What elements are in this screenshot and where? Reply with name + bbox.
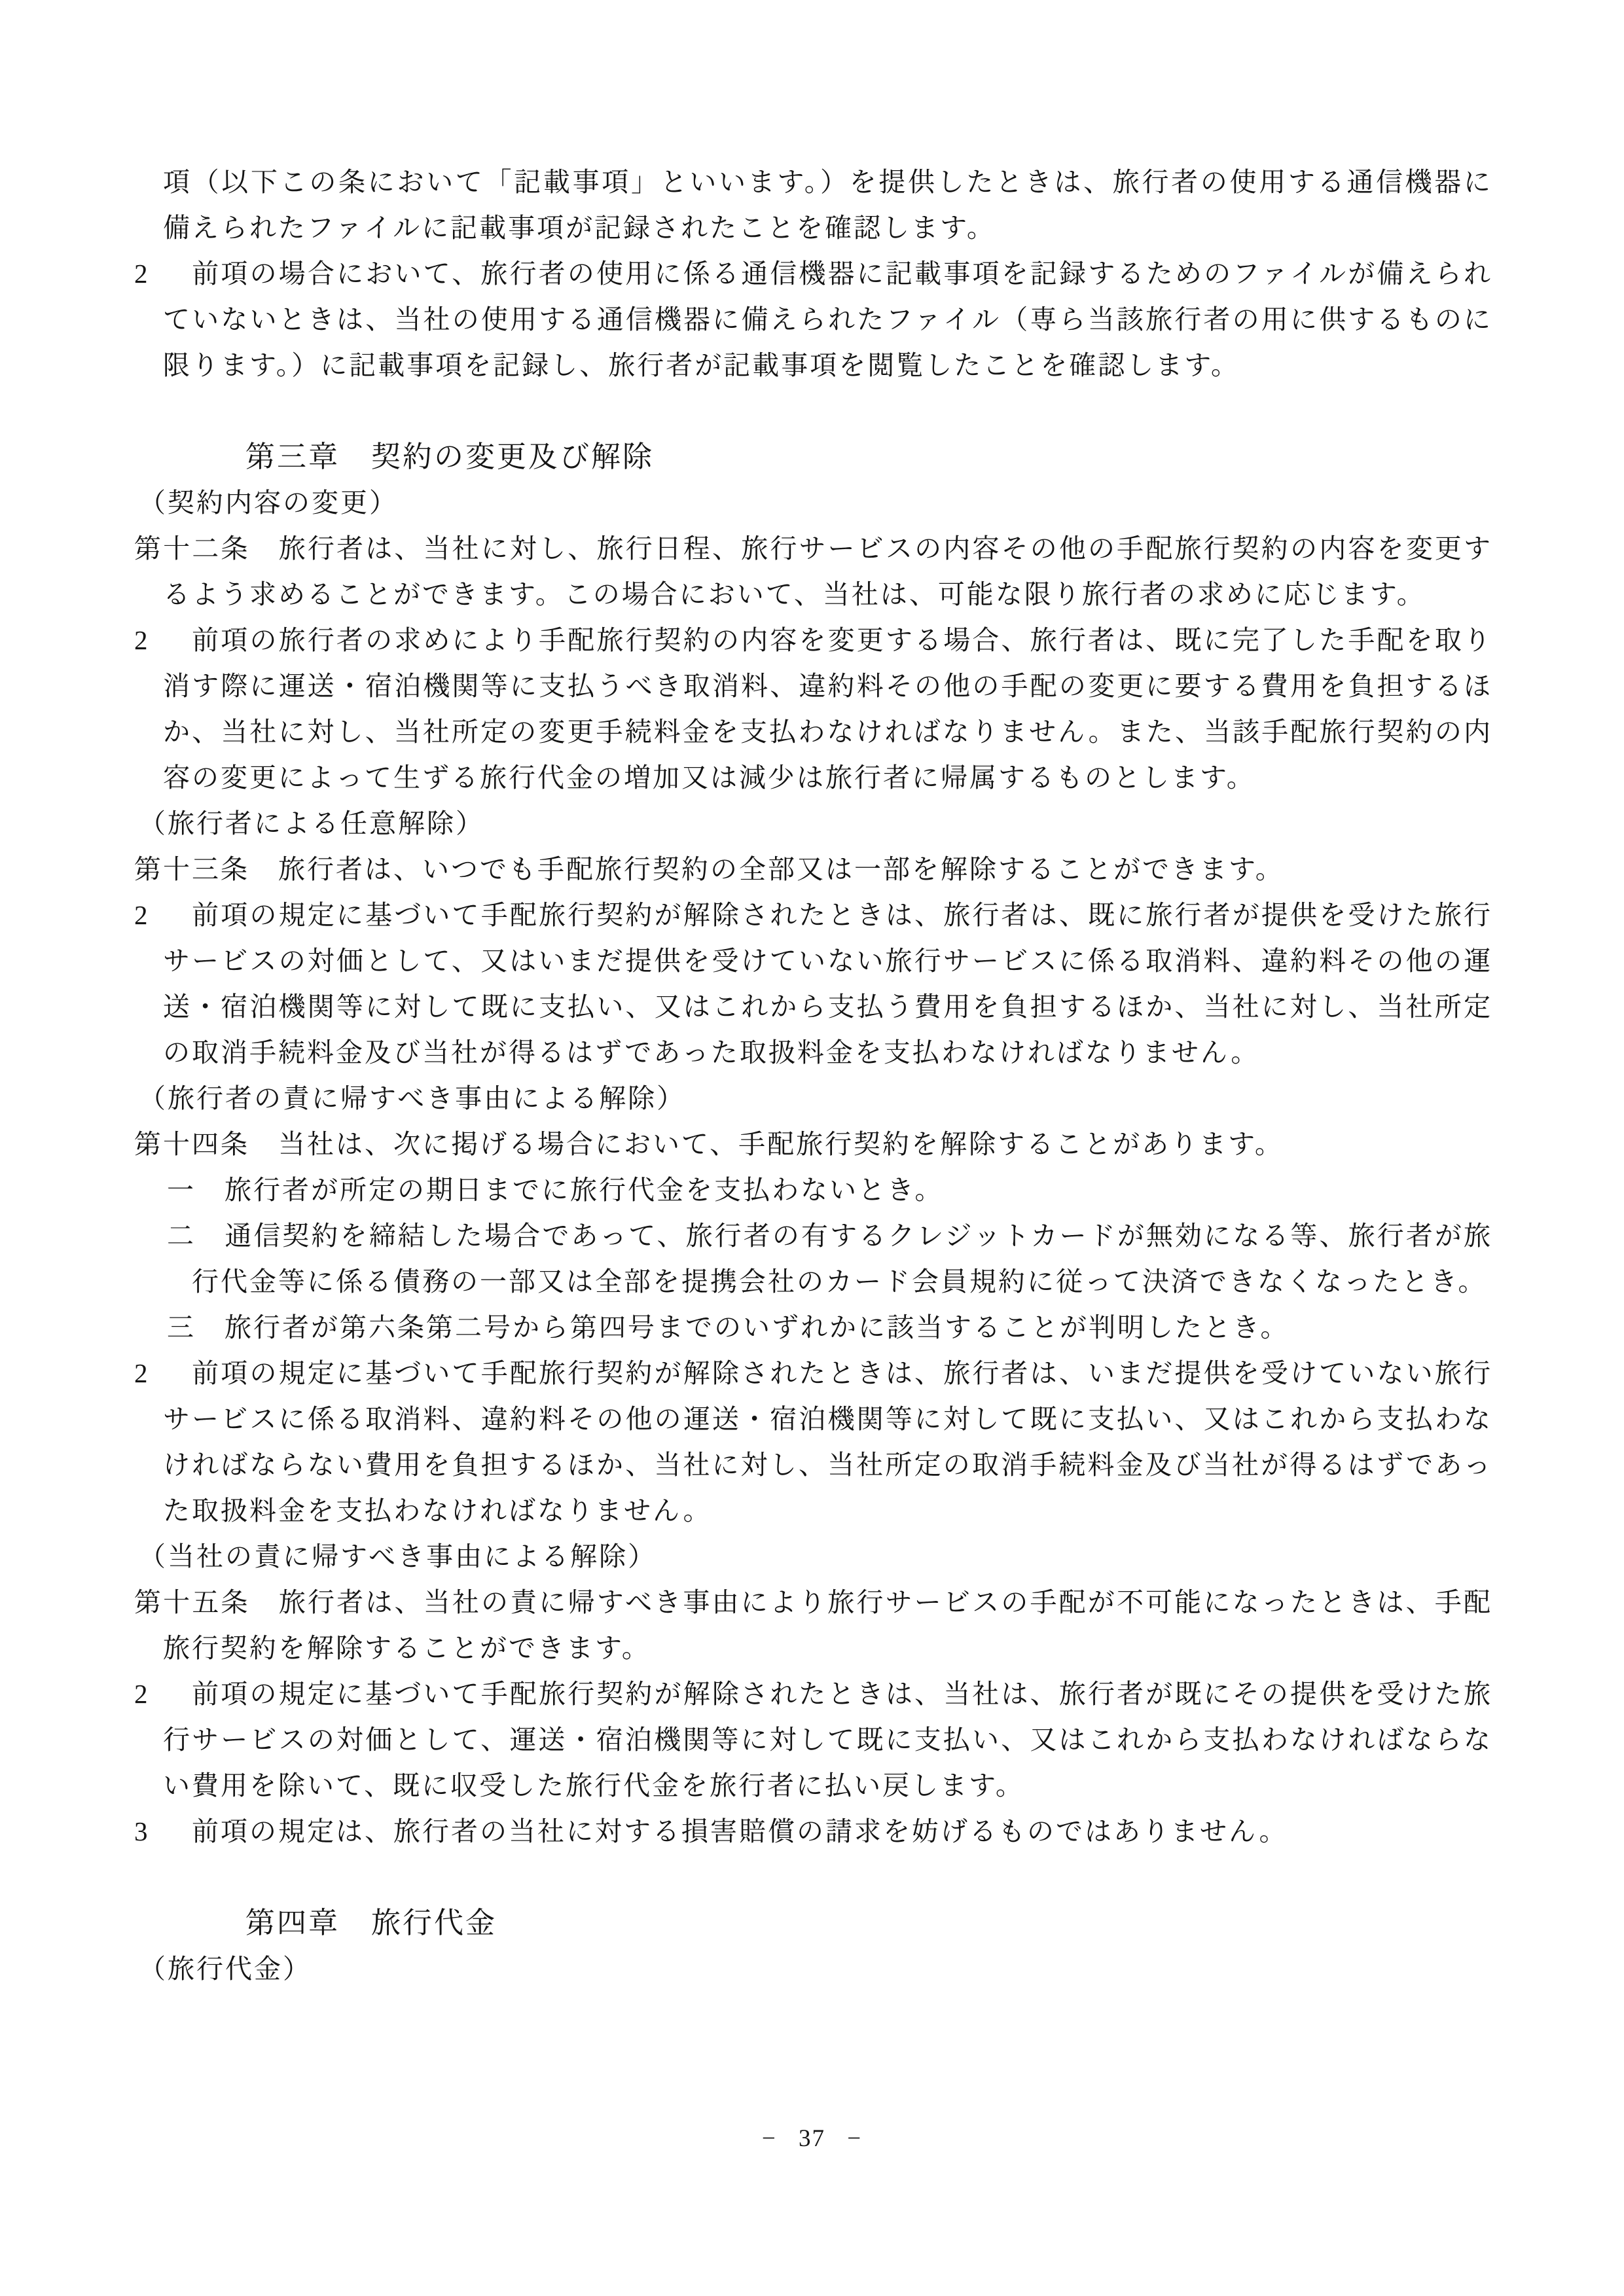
paragraph-marker: 2 [134,251,192,296]
paragraph-marker: 第十三条 [134,854,249,884]
chapter-heading: 第四章 旅行代金 [134,1900,1492,1946]
paragraph-text: 旅行者は、いつでも手配旅行契約の全部又は一部を解除することができます。 [278,854,1284,884]
list-item-paragraph: 三 旅行者が第六条第二号から第四号までのいずれかに該当することが判明したとき。 [134,1304,1492,1350]
paragraph-marker: 3 [134,1808,192,1854]
paragraph-marker: 一 [167,1175,196,1205]
paragraph-text: （旅行者の責に帰すべき事由による解除） [139,1083,685,1113]
paragraph-text: 前項の場合において、旅行者の使用に係る通信機器に記載事項を記録するためのファイル… [163,259,1492,380]
paragraph-text: 前項の規定に基づいて手配旅行契約が解除されたときは、当社は、旅行者が既にその提供… [163,1679,1492,1801]
paragraph-text: 契約の変更及び解除 [371,440,654,473]
paragraph-marker: 第十四条 [134,1129,249,1159]
continuation-paragraph: 項（以下この条において「記載事項」といいます。）を提供したときは、旅行者の使用す… [134,159,1492,251]
paragraph-marker: 2 [134,1350,192,1396]
paragraph-text: （旅行代金） [139,1954,312,1984]
article-paragraph: 第十五条 旅行者は、当社の責に帰すべき事由により旅行サービスの手配が不可能になっ… [134,1579,1492,1671]
article-paragraph: 第十二条 旅行者は、当社に対し、旅行日程、旅行サービスの内容その他の手配旅行契約… [134,526,1492,617]
paragraph-marker: 2 [134,1671,192,1717]
chapter-heading: 第三章 契約の変更及び解除 [134,434,1492,480]
paragraph-text: 前項の規定に基づいて手配旅行契約が解除されたときは、旅行者は、いまだ提供を受けて… [163,1358,1492,1526]
paragraph-text: 旅行者が所定の期日までに旅行代金を支払わないとき。 [225,1175,943,1205]
paragraph-text: 旅行者が第六条第二号から第四号までのいずれかに該当することが判明したとき。 [225,1312,1289,1342]
article-paragraph: 第十四条 当社は、次に掲げる場合において、手配旅行契約を解除することがあります。 [134,1121,1492,1167]
numbered-paragraph: 2前項の場合において、旅行者の使用に係る通信機器に記載事項を記録するためのファイ… [134,251,1492,388]
paragraph-text: （当社の責に帰すべき事由による解除） [139,1541,657,1571]
list-item-paragraph: 二 通信契約を締結した場合であって、旅行者の有するクレジットカードが無効になる等… [134,1213,1492,1304]
paragraph-marker: 第三章 [245,440,340,473]
numbered-paragraph: 3前項の規定は、旅行者の当社に対する損害賠償の請求を妨げるものではありません。 [134,1808,1492,1854]
article-label: （旅行者による任意解除） [134,800,1492,846]
list-item-paragraph: 一 旅行者が所定の期日までに旅行代金を支払わないとき。 [134,1167,1492,1213]
paragraph-text: 項（以下この条において「記載事項」といいます。）を提供したときは、旅行者の使用す… [163,167,1492,243]
paragraph-text: （契約内容の変更） [139,488,398,518]
paragraph-text: 当社は、次に掲げる場合において、手配旅行契約を解除することがあります。 [278,1129,1284,1159]
article-label: （当社の責に帰すべき事由による解除） [134,1534,1492,1579]
page-number: − 37 − [0,2125,1624,2153]
paragraph-text: 前項の規定に基づいて手配旅行契約が解除されたときは、旅行者は、既に旅行者が提供を… [163,900,1492,1067]
paragraph-marker: 三 [167,1312,196,1342]
article-label: （旅行代金） [134,1946,1492,1992]
numbered-paragraph: 2前項の旅行者の求めにより手配旅行契約の内容を変更する場合、旅行者は、既に完了し… [134,617,1492,800]
article-paragraph: 第十三条 旅行者は、いつでも手配旅行契約の全部又は一部を解除することができます。 [134,846,1492,892]
paragraph-marker: 2 [134,617,192,663]
numbered-paragraph: 2前項の規定に基づいて手配旅行契約が解除されたときは、旅行者は、いまだ提供を受け… [134,1350,1492,1534]
paragraph-text: 通信契約を締結した場合であって、旅行者の有するクレジットカードが無効になる等、旅… [192,1221,1492,1297]
numbered-paragraph: 2前項の規定に基づいて手配旅行契約が解除されたときは、当社は、旅行者が既にその提… [134,1671,1492,1808]
paragraph-text: 前項の規定は、旅行者の当社に対する損害賠償の請求を妨げるものではありません。 [192,1816,1288,1846]
paragraph-text: 旅行者は、当社の責に帰すべき事由により旅行サービスの手配が不可能になったときは、… [163,1587,1492,1663]
article-label: （契約内容の変更） [134,480,1492,526]
paragraph-text: （旅行者による任意解除） [139,808,484,838]
paragraph-marker: 2 [134,892,192,938]
document-page: 項（以下この条において「記載事項」といいます。）を提供したときは、旅行者の使用す… [0,0,1624,2296]
numbered-paragraph: 2前項の規定に基づいて手配旅行契約が解除されたときは、旅行者は、既に旅行者が提供… [134,892,1492,1075]
article-label: （旅行者の責に帰すべき事由による解除） [134,1075,1492,1121]
paragraph-marker: 第十五条 [134,1587,250,1617]
document-blocks: 項（以下この条において「記載事項」といいます。）を提供したときは、旅行者の使用す… [134,159,1492,1992]
paragraph-text: 旅行代金 [371,1907,497,1939]
paragraph-text: 前項の旅行者の求めにより手配旅行契約の内容を変更する場合、旅行者は、既に完了した… [163,625,1492,793]
paragraph-text: 旅行者は、当社に対し、旅行日程、旅行サービスの内容その他の手配旅行契約の内容を変… [163,533,1492,609]
paragraph-marker: 第十二条 [134,533,250,564]
paragraph-marker: 二 [167,1221,196,1251]
paragraph-marker: 第四章 [245,1907,340,1939]
